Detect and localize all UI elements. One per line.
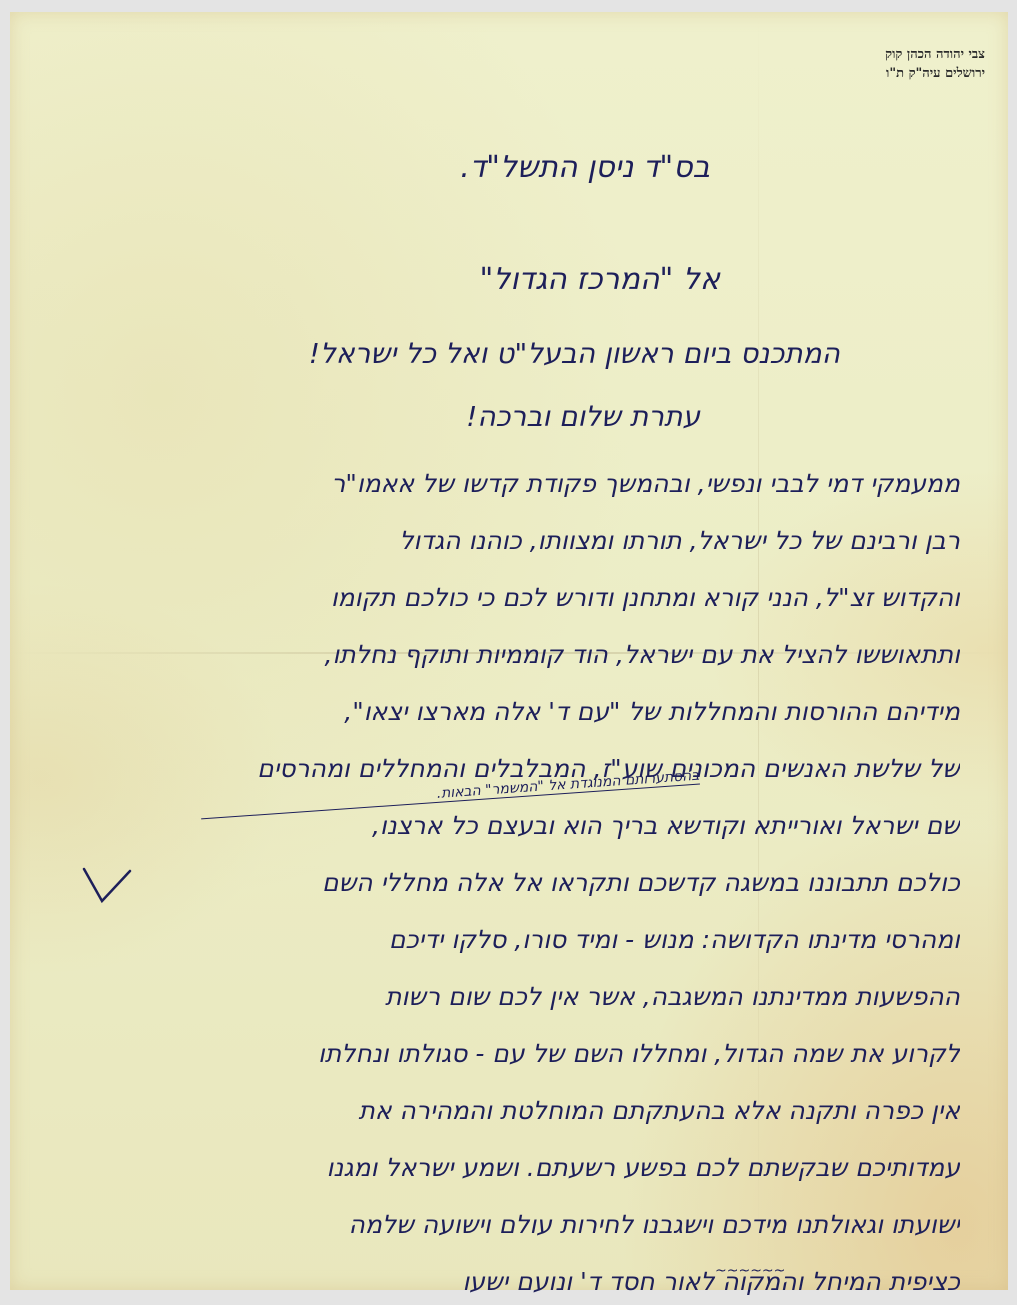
signature-scribble: ~~~~~~ [715, 1263, 785, 1279]
body-line: ומהרסי מדינתו הקדושה: מנוש - ומיד סורו, … [40, 911, 960, 968]
body-line: כולכם תתבוננו במשגה קדשכם ותקראו אל אלה … [40, 854, 960, 911]
letter-date: בס"ד ניסן התשל"ד. [290, 150, 710, 185]
body-line: עמדותיכם שבקשתם לכם בפשע רשעתם. ושמע ישר… [40, 1139, 960, 1196]
body-line: כציפית המיחל והמקוה לאור חסד ד' ונועם יש… [40, 1253, 960, 1305]
letterhead-name: צבי יהודה הכהן קוק [885, 45, 985, 64]
body-line: ההפשעות ממדינתנו המשגבה, אשר אין לכם שום… [40, 968, 960, 1025]
body-line: לקרוע את שמה הגדול, ומחללו השם של עם - ס… [40, 1025, 960, 1082]
letter-body: ממעמקי דמי לבבי ונפשי, ובהמשך פקודת קדשו… [40, 455, 960, 1305]
body-line: ישועתו וגאולתנו מידכם וישגבנו לחירות עול… [40, 1196, 960, 1253]
letterhead: צבי יהודה הכהן קוק ירושלים עיה"ק ת"ו [885, 45, 985, 83]
greeting: עתרת שלום וברכה! [300, 400, 700, 433]
body-line: אין כפרה ותקנה אלא בהעתקתם המוחלטת והמהי… [40, 1082, 960, 1139]
letterhead-location: ירושלים עיה"ק ת"ו [885, 64, 985, 83]
insertion-caret-icon [80, 865, 140, 905]
addressee-line-2: המתכנס ביום ראשון הבעל"ט ואל כל ישראל! [200, 337, 840, 370]
body-line: מידיהם ההורסות והמחללות של "עם ד' אלה מא… [40, 683, 960, 740]
body-line: ממעמקי דמי לבבי ונפשי, ובהמשך פקודת קדשו… [40, 455, 960, 512]
addressee-line-1: אל "המרכז הגדול" [300, 262, 720, 297]
body-line: שם ישראל ואורייתא וקודשא בריך הוא ובעצם … [40, 797, 960, 854]
body-line: והקדוש זצ"ל, הנני קורא ומתחנן ודורש לכם … [40, 569, 960, 626]
body-line: רבן ורבינם של כל ישראל, תורתו ומצוותו, כ… [40, 512, 960, 569]
body-line: ותתאוששו להציל את עם ישראל, הוד קוממיות … [40, 626, 960, 683]
